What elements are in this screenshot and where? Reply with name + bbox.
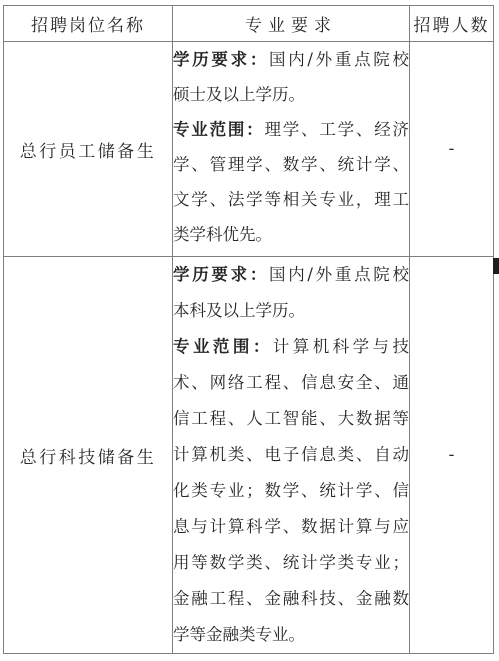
requirement-line: 文学、法学等相关专业，理工 bbox=[173, 182, 409, 217]
table-header-row: 招聘岗位名称 专业要求 招聘人数 bbox=[4, 6, 494, 42]
header-position-name: 招聘岗位名称 bbox=[4, 6, 173, 42]
requirement-line: 息与计算科学、数据计算与应 bbox=[173, 509, 409, 545]
requirement-label: 专业范围： bbox=[173, 120, 264, 139]
requirement-line: 金融工程、金融科技、金融数 bbox=[173, 581, 409, 617]
requirement-line: 专业范围：理学、工学、经济 bbox=[173, 112, 409, 147]
table-row: 总行科技储备生 学历要求：国内/外重点院校本科及以上学历。专业范围：计算机科学与… bbox=[4, 257, 494, 654]
header-headcount: 招聘人数 bbox=[410, 6, 494, 42]
requirement-line: 信工程、人工智能、大数据等 bbox=[173, 401, 409, 437]
requirement-label: 专业范围： bbox=[173, 337, 273, 356]
table-row: 总行员工储备生 学历要求：国内/外重点院校硕士及以上学历。专业范围：理学、工学、… bbox=[4, 42, 494, 257]
requirement-line: 学历要求：国内/外重点院校 bbox=[173, 257, 409, 293]
recruitment-table: 招聘岗位名称 专业要求 招聘人数 总行员工储备生 学历要求：国内/外重点院校硕士… bbox=[3, 5, 494, 654]
requirement-line: 用等数学类、统计学类专业； bbox=[173, 545, 409, 581]
requirements-cell: 学历要求：国内/外重点院校本科及以上学历。专业范围：计算机科学与技术、网络工程、… bbox=[173, 257, 410, 654]
position-name-cell: 总行科技储备生 bbox=[4, 257, 173, 654]
requirement-label: 学历要求： bbox=[173, 50, 269, 69]
requirement-line: 硕士及以上学历。 bbox=[173, 77, 409, 112]
requirement-line: 学等金融类专业。 bbox=[173, 617, 409, 653]
header-major-requirements: 专业要求 bbox=[173, 6, 410, 42]
document-page: 招聘岗位名称 专业要求 招聘人数 总行员工储备生 学历要求：国内/外重点院校硕士… bbox=[0, 0, 499, 661]
headcount-cell: - bbox=[410, 257, 494, 654]
requirement-line: 计算机类、电子信息类、自动 bbox=[173, 437, 409, 473]
requirement-line: 本科及以上学历。 bbox=[173, 293, 409, 329]
requirement-line: 类学科优先。 bbox=[173, 217, 409, 252]
requirement-line: 学历要求：国内/外重点院校 bbox=[173, 42, 409, 77]
headcount-cell: - bbox=[410, 42, 494, 257]
requirement-line: 学、管理学、数学、统计学、 bbox=[173, 147, 409, 182]
requirement-line: 术、网络工程、信息安全、通 bbox=[173, 365, 409, 401]
requirement-label: 学历要求： bbox=[173, 265, 269, 284]
requirement-line: 专业范围：计算机科学与技 bbox=[173, 329, 409, 365]
position-name-cell: 总行员工储备生 bbox=[4, 42, 173, 257]
requirements-cell: 学历要求：国内/外重点院校硕士及以上学历。专业范围：理学、工学、经济学、管理学、… bbox=[173, 42, 410, 257]
edge-artifact bbox=[493, 258, 499, 274]
requirement-line: 化类专业；数学、统计学、信 bbox=[173, 473, 409, 509]
